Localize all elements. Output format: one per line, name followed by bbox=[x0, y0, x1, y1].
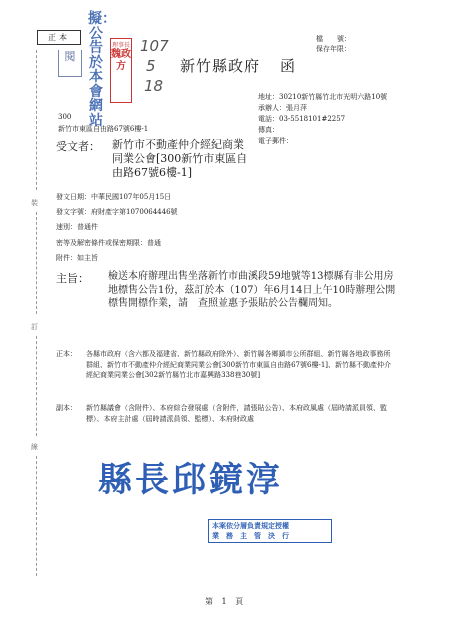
recipient-label: 受文者： bbox=[56, 138, 100, 154]
subject-text: 檢送本府辦理出售坐落新竹市曲溪段59地號等13標縣有非公用房地標售公告1份，茲訂… bbox=[108, 270, 398, 311]
binding-line-mid2 bbox=[36, 336, 37, 436]
handwritten-date: 107 5 18 bbox=[140, 36, 164, 96]
authority-stamp: 本案依分層負責規定授權 業務主管決行 bbox=[208, 519, 332, 543]
sender-fax: 傳真： bbox=[258, 125, 279, 136]
authority-line-2: 業務主管決行 bbox=[212, 531, 328, 541]
sender-address: 地址：30210新竹縣竹北市光明六路10號 bbox=[258, 92, 387, 103]
recipient-name: 新竹市不動產仲介經紀商業同業公會[300新竹市東區自由路67號6樓-1] bbox=[112, 138, 250, 180]
seal-name: 魏政方 bbox=[111, 49, 131, 73]
original-recipients: 各縣市政府（含六都及福建省、新竹縣政府除外）、新竹縣各鄉鎮市公所群組、新竹縣各地… bbox=[86, 349, 392, 381]
postal-code: 300 bbox=[58, 112, 71, 122]
doc-type: 函 bbox=[280, 57, 296, 75]
issue-number: 發文字號：府財產字第1070064446號 bbox=[56, 207, 178, 217]
sender-email: 電子郵件： bbox=[258, 136, 293, 147]
seal-title: 理事長 bbox=[111, 42, 131, 49]
mailing-address: 新竹市東區自由路67號6樓-1 bbox=[58, 124, 148, 134]
subject-label: 主旨： bbox=[56, 270, 89, 286]
blue-vertical-note: 擬：公告於本會網站 bbox=[88, 12, 104, 128]
classification: 密等及解密條件或保密期限：普通 bbox=[56, 238, 161, 248]
attachment: 附件：如主旨 bbox=[56, 253, 98, 263]
copy-type-box: 正本 bbox=[37, 30, 81, 45]
binding-line-top bbox=[36, 50, 37, 190]
page-number: 第 1 頁 bbox=[205, 596, 246, 607]
file-no-label: 檔 號： bbox=[316, 34, 351, 44]
urgency: 速別：普通件 bbox=[56, 222, 98, 232]
sender-handler: 承辦人：張月萍 bbox=[258, 103, 307, 114]
binding-mark-zhuang: 裝 bbox=[31, 198, 38, 208]
mayor-signature-stamp: 縣長邱鏡淳 bbox=[98, 452, 283, 501]
org-title: 新竹縣政府 bbox=[180, 57, 260, 75]
binding-mark-ding: 訂 bbox=[31, 322, 38, 332]
chairman-seal: 理事長 魏政方 bbox=[110, 38, 132, 103]
binding-mark-xian: 線 bbox=[31, 442, 38, 452]
date-month: 5 bbox=[140, 56, 164, 76]
authority-line-1: 本案依分層負責規定授權 bbox=[212, 521, 328, 531]
sender-phone: 電話：03-5518101#2257 bbox=[258, 114, 345, 125]
original-recipients-label: 正本： bbox=[56, 349, 77, 359]
date-day: 18 bbox=[140, 76, 164, 96]
binding-line-mid1 bbox=[36, 212, 37, 314]
document-title: 新竹縣政府函 bbox=[180, 55, 296, 76]
copy-recipients-label: 副本： bbox=[56, 403, 77, 413]
copy-recipients: 新竹縣議會（含附件）、本府綜合發展處（含附件，請張貼公告）、本府政風處（屆時請派… bbox=[86, 403, 392, 424]
retention-label: 保存年限： bbox=[316, 44, 351, 54]
issue-date: 發文日期：中華民國107年05月15日 bbox=[56, 192, 171, 202]
date-year: 107 bbox=[140, 36, 164, 56]
handwritten-read-mark: 閱 bbox=[58, 50, 82, 77]
binding-line-bottom bbox=[36, 456, 37, 576]
